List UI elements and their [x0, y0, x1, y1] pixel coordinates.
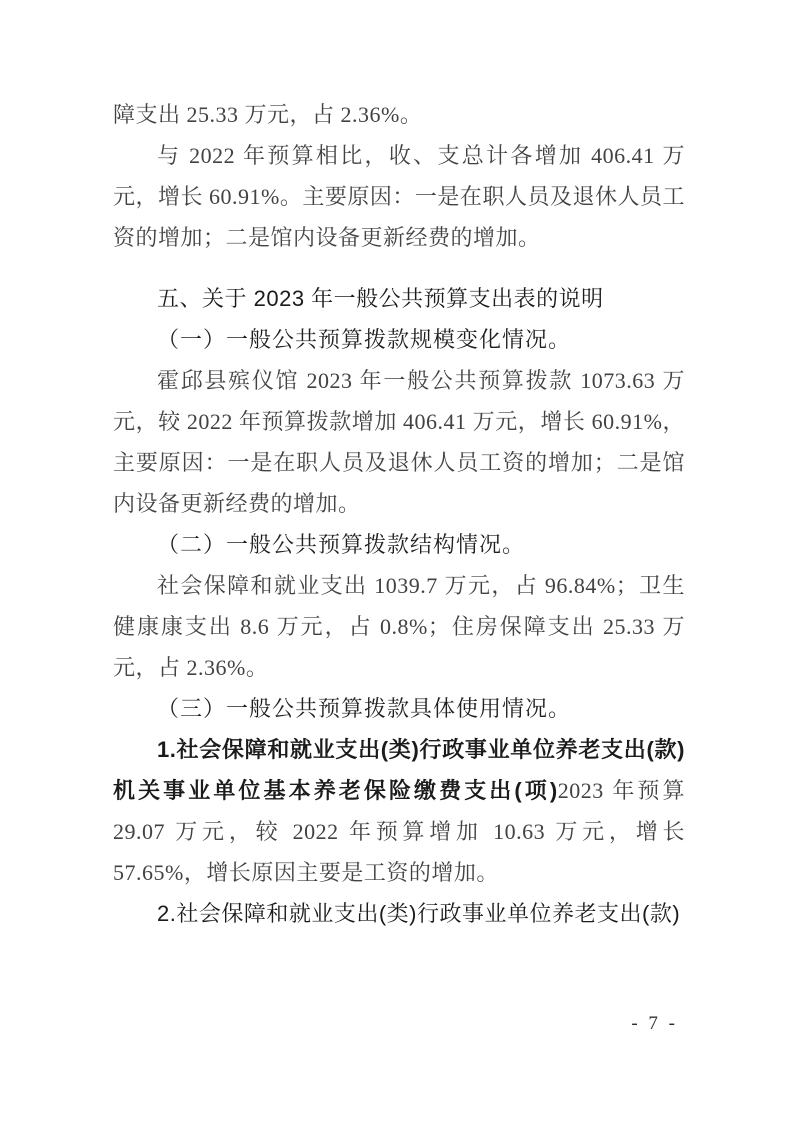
document-page: 障支出 25.33 万元，占 2.36%。 与 2022 年预算相比，收、支总计…	[0, 0, 793, 1122]
page-number: - 7 -	[0, 1012, 675, 1036]
subsection-heading-two: （二）一般公共预算拨款结构情况。	[113, 524, 685, 565]
document-body: 障支出 25.33 万元，占 2.36%。 与 2022 年预算相比，收、支总计…	[113, 94, 685, 934]
subsection-heading-three: （三）一般公共预算拨款具体使用情况。	[113, 688, 685, 729]
paragraph-2022-comparison: 与 2022 年预算相比，收、支总计各增加 406.41 万元，增长 60.91…	[113, 135, 685, 258]
paragraph-budget-structure: 社会保障和就业支出 1039.7 万元，占 96.84%；卫生健康康支出 8.6…	[113, 565, 685, 688]
section-heading-five: 五、关于 2023 年一般公共预算支出表的说明	[113, 278, 685, 319]
paragraph-item-1-pension-expenditure: 1.社会保障和就业支出(类)行政事业单位养老支出(款)机关事业单位基本养老保险缴…	[113, 729, 685, 893]
paragraph-item-2-pension-expenditure: 2.社会保障和就业支出(类)行政事业单位养老支出(款)	[113, 893, 685, 934]
paragraph-carryover-housing-security: 障支出 25.33 万元，占 2.36%。	[113, 94, 685, 135]
subsection-heading-one: （一）一般公共预算拨款规模变化情况。	[113, 319, 685, 360]
paragraph-budget-scale-change: 霍邱县殡仪馆 2023 年一般公共预算拨款 1073.63 万元，较 2022 …	[113, 360, 685, 524]
